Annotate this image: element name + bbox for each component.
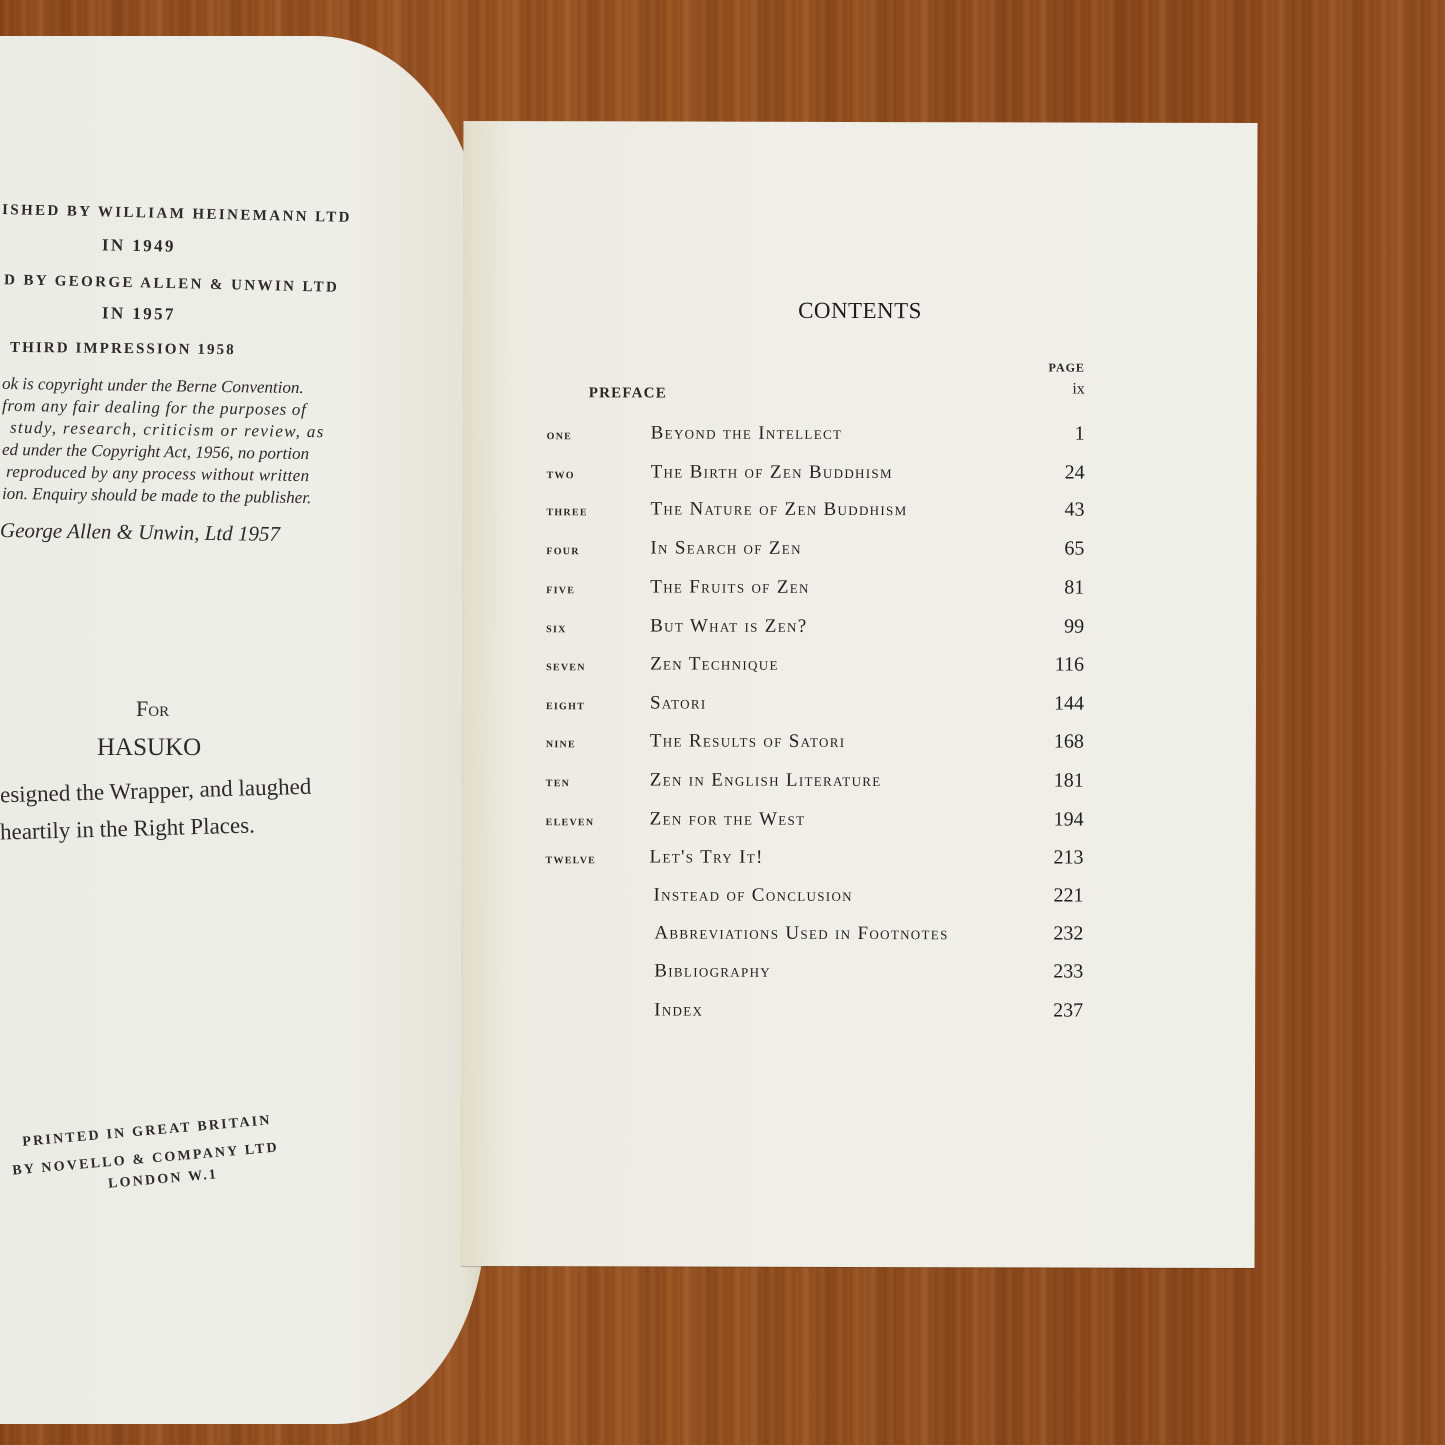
chapter-title: The Results of Satori bbox=[650, 730, 846, 753]
copyright-notice-5: reproduced by any process without writte… bbox=[6, 462, 310, 486]
copyright-notice-6: ion. Enquiry should be made to the publi… bbox=[2, 484, 312, 508]
page-title: CONTENTS bbox=[463, 297, 1257, 325]
toc-row-back-matter: Bibliography 233 bbox=[461, 959, 1255, 991]
dedication-name: HASUKO bbox=[97, 734, 201, 762]
back-matter-page: 232 bbox=[1053, 923, 1083, 946]
page-column-header: PAGE bbox=[1049, 360, 1085, 375]
toc-row-back-matter: Abbreviations Used in Footnotes 232 bbox=[461, 921, 1255, 953]
chapter-page: 194 bbox=[1054, 809, 1084, 832]
imprint-line-2: IN 1949 bbox=[102, 235, 176, 256]
chapter-title: But What is Zen? bbox=[650, 615, 807, 637]
chapter-number: eight bbox=[546, 698, 585, 714]
chapter-page: 99 bbox=[1064, 616, 1084, 639]
chapter-title: Satori bbox=[650, 692, 707, 714]
dedication-for: For bbox=[136, 696, 169, 722]
contents-page: CONTENTS PAGE PREFACE ix one Beyond the … bbox=[461, 121, 1258, 1268]
preface-label: PREFACE bbox=[589, 385, 667, 402]
imprint-line-3: D BY GEORGE ALLEN & UNWIN LTD bbox=[4, 272, 340, 297]
back-matter-page: 237 bbox=[1053, 1000, 1083, 1023]
copyright-notice-3: study, research, criticism or review, as bbox=[10, 418, 325, 442]
chapter-page: 1 bbox=[1075, 423, 1085, 446]
chapter-number: ten bbox=[546, 775, 570, 791]
printer-line-3: LONDON W.1 bbox=[108, 1167, 219, 1193]
chapter-number: seven bbox=[546, 659, 586, 675]
back-matter-page: 233 bbox=[1053, 961, 1083, 984]
toc-row: two The Birth of Zen Buddhism 24 bbox=[463, 460, 1257, 492]
preface-page-number: ix bbox=[1072, 381, 1085, 399]
chapter-number: two bbox=[547, 467, 575, 483]
toc-row-back-matter: Index 237 bbox=[461, 998, 1255, 1030]
dedication-line-1: esigned the Wrapper, and laughed bbox=[0, 774, 312, 809]
toc-row: three The Nature of Zen Buddhism 43 bbox=[462, 497, 1256, 529]
chapter-number: six bbox=[546, 621, 567, 637]
copyright-notice-1: ok is copyright under the Berne Conventi… bbox=[2, 374, 304, 398]
chapter-number: eleven bbox=[546, 814, 595, 830]
imprint-line-5: THIRD IMPRESSION 1958 bbox=[10, 340, 236, 359]
back-matter-title: Bibliography bbox=[654, 960, 771, 982]
copyright-notice-4: ed under the Copyright Act, 1956, no por… bbox=[2, 440, 309, 464]
chapter-title: Zen for the West bbox=[650, 808, 806, 830]
imprint-line-4: IN 1957 bbox=[102, 303, 176, 324]
chapter-title: Zen in English Literature bbox=[650, 769, 882, 792]
toc-row: one Beyond the Intellect 1 bbox=[463, 421, 1257, 453]
chapter-page: 168 bbox=[1054, 731, 1084, 754]
back-matter-title: Index bbox=[654, 999, 703, 1021]
chapter-page: 43 bbox=[1064, 499, 1084, 522]
chapter-number: one bbox=[547, 428, 572, 444]
chapter-title: In Search of Zen bbox=[650, 537, 801, 559]
chapter-page: 181 bbox=[1054, 770, 1084, 793]
imprint-line-1: ISHED BY WILLIAM HEINEMANN LTD bbox=[2, 202, 352, 227]
chapter-page: 24 bbox=[1065, 462, 1085, 485]
left-page: ISHED BY WILLIAM HEINEMANN LTD IN 1949 D… bbox=[0, 36, 486, 1424]
chapter-page: 213 bbox=[1054, 847, 1084, 870]
chapter-title: Zen Technique bbox=[650, 653, 779, 675]
back-matter-title: Instead of Conclusion bbox=[653, 884, 852, 907]
chapter-page: 65 bbox=[1064, 538, 1084, 561]
back-matter-title: Abbreviations Used in Footnotes bbox=[654, 922, 948, 945]
chapter-page: 116 bbox=[1055, 654, 1084, 677]
chapter-title: The Fruits of Zen bbox=[650, 576, 810, 598]
chapter-number: three bbox=[546, 504, 587, 520]
toc-row: five The Fruits of Zen 81 bbox=[462, 575, 1256, 607]
toc-row: ten Zen in English Literature 181 bbox=[462, 768, 1256, 800]
imprint-page: ISHED BY WILLIAM HEINEMANN LTD IN 1949 D… bbox=[0, 36, 486, 1424]
chapter-title: Let's Try It! bbox=[650, 846, 764, 868]
toc-row-back-matter: Instead of Conclusion 221 bbox=[461, 883, 1255, 915]
dedication-line-2: heartily in the Right Places. bbox=[0, 812, 255, 845]
chapter-title: Beyond the Intellect bbox=[651, 422, 843, 445]
chapter-page: 81 bbox=[1064, 577, 1084, 600]
toc-row: six But What is Zen? 99 bbox=[462, 614, 1256, 646]
back-matter-page: 221 bbox=[1053, 885, 1083, 908]
chapter-number: twelve bbox=[546, 852, 597, 868]
chapter-number: four bbox=[546, 543, 579, 559]
copyright-line: George Allen & Unwin, Ltd 1957 bbox=[0, 518, 280, 547]
chapter-title: The Birth of Zen Buddhism bbox=[651, 461, 893, 484]
toc-row: twelve Let's Try It! 213 bbox=[462, 845, 1256, 877]
chapter-number: five bbox=[546, 582, 575, 598]
toc-row: seven Zen Technique 116 bbox=[462, 652, 1256, 684]
chapter-number: nine bbox=[546, 736, 576, 752]
copyright-notice-2: from any fair dealing for the purposes o… bbox=[2, 396, 307, 420]
toc-row: eight Satori 144 bbox=[462, 691, 1256, 723]
toc-row: nine The Results of Satori 168 bbox=[462, 729, 1256, 761]
toc-row: eleven Zen for the West 194 bbox=[462, 807, 1256, 839]
chapter-page: 144 bbox=[1054, 693, 1084, 716]
toc-row: four In Search of Zen 65 bbox=[462, 536, 1256, 568]
chapter-title: The Nature of Zen Buddhism bbox=[650, 498, 907, 521]
